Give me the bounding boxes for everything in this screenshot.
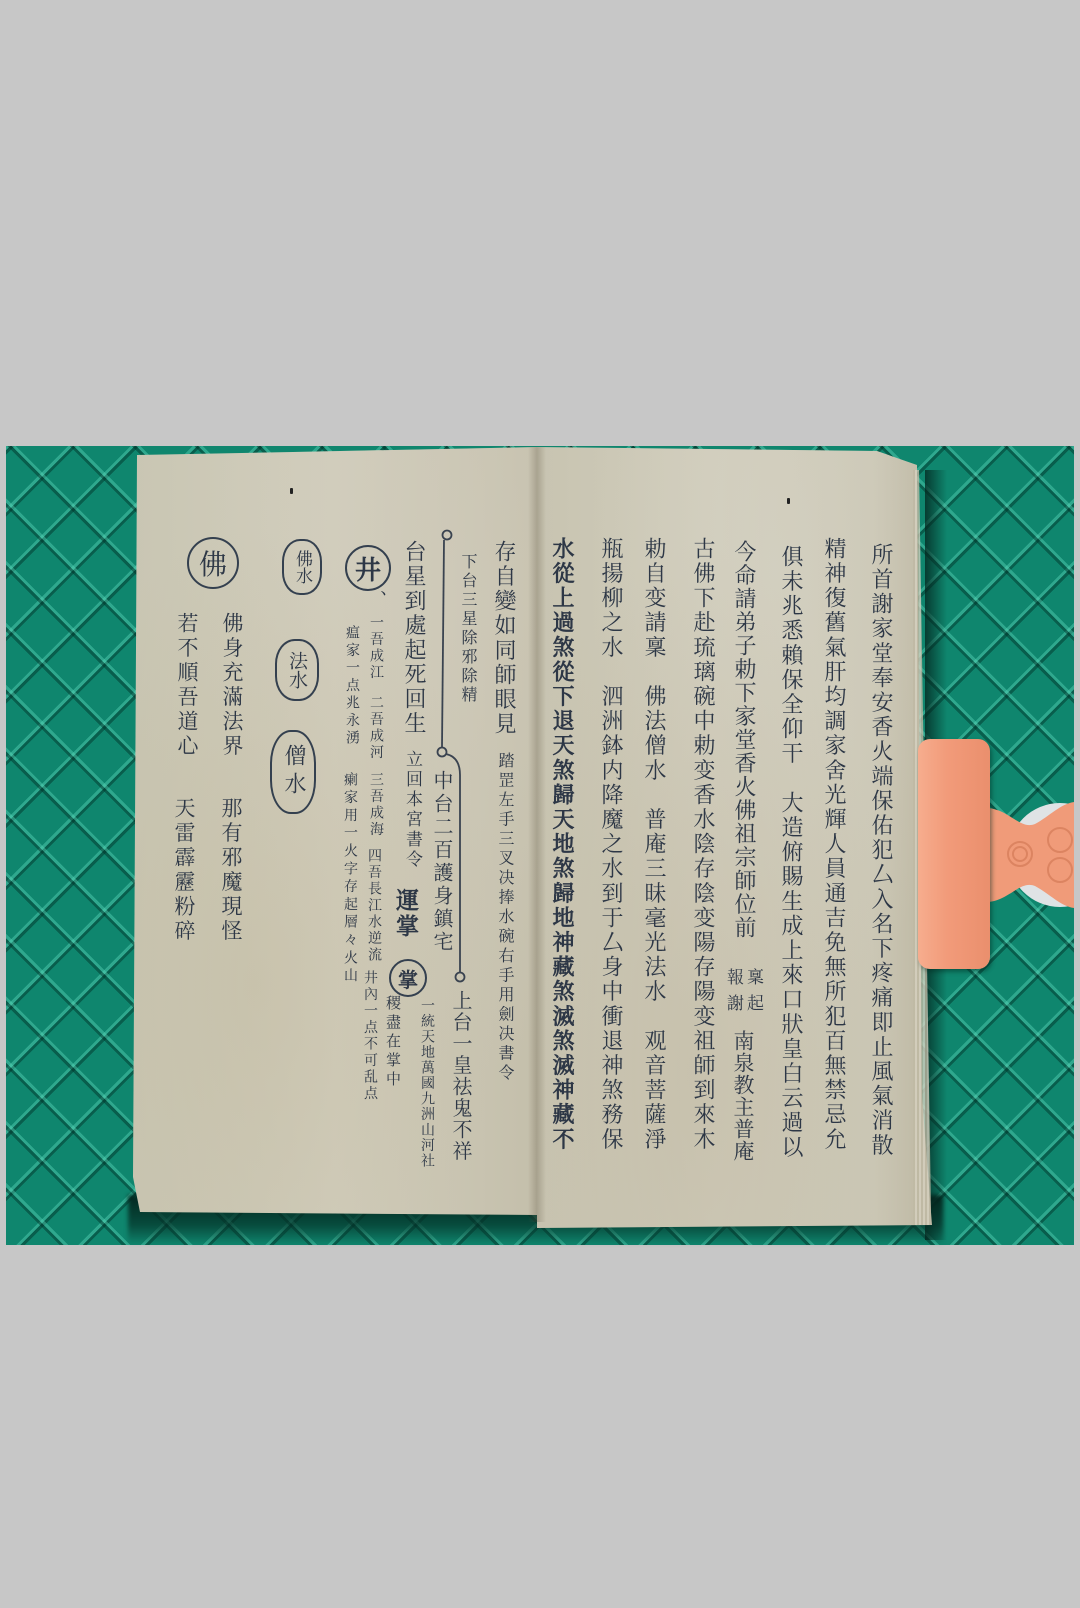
palm-mark: 運掌	[392, 888, 418, 940]
mirror-note: 踏罡左手三叉决捧水碗右手用劍决書令	[496, 752, 514, 1084]
text-column: 水從上過煞從下退天煞歸天地煞歸地神藏煞滅煞滅神藏不	[550, 537, 574, 1152]
verse-line: 天雷霹靂粉碎	[173, 797, 195, 944]
binder-clip	[918, 739, 990, 969]
star-column-line: 台星到處起死回生	[401, 540, 425, 736]
buddha-seal-icon: 佛	[187, 537, 239, 589]
text-column: 勅自变請稟 佛法僧水 普庵三昧毫光法水 观音菩薩淨	[641, 537, 665, 1152]
well-line: 三吾成海	[368, 772, 384, 838]
well-line: 瘟家一点兆永湧	[344, 625, 360, 748]
verse-line: 佛身充滿法界	[221, 612, 243, 759]
verse-line: 那有邪魔現怪	[220, 797, 242, 944]
ink-spot	[787, 498, 790, 504]
interlinear-note: 稟起	[744, 968, 762, 1020]
mirror-line: 存自變如同師眼見	[491, 540, 515, 737]
star-column-note: 立回本宮書令	[402, 750, 421, 870]
palm-line: 一統天地萬國九洲山河社	[419, 998, 435, 1169]
ink-spot	[290, 488, 293, 494]
text-column: 今命請弟子勅下家堂香火佛祖宗師位前	[731, 540, 755, 940]
upper-star-line: 上台一皇祛鬼不祥	[450, 990, 472, 1162]
text-column: 古佛下赴琉璃碗中勅变香水陰存陰变陽存陽变祖師到來木	[690, 537, 714, 1152]
text-column: 精神復舊氣肝均調家舍光輝人員通吉免無所犯百無禁忌允	[821, 537, 845, 1152]
text-column: 俱未兆悉賴保全仰干 大造俯賜生成上來口狀皇白云過以	[778, 545, 802, 1160]
sangha-water-seal-icon: 僧水	[270, 730, 316, 814]
well-line: 四吾長江水逆流	[366, 848, 382, 964]
text-column: 瓶揚柳之水 泗洲鉢内降魔之水到于厶身中衝退神煞務保	[598, 537, 622, 1152]
clip-handle	[980, 790, 1074, 920]
well-line: 井內一点不可乱点	[362, 970, 378, 1102]
well-line: 二吾成河	[368, 695, 384, 761]
pause-mark: 、	[366, 590, 386, 608]
well-seal-icon: 井	[345, 545, 391, 591]
verse-line: 若不順吾道心	[176, 612, 198, 759]
text-column: 所首謝家堂奉安香火端保佑犯厶入名下疼痛即止風氣消散	[868, 543, 892, 1158]
lower-star-line: 下台三星除邪除精	[459, 553, 477, 705]
palm-seal-icon: 掌	[389, 959, 427, 997]
dharma-water-seal-icon: 法水	[275, 639, 319, 701]
palm-line: 稷盡在掌中	[384, 995, 401, 1090]
buddha-water-seal-icon: 佛水	[282, 539, 322, 595]
middle-star-line: 中台二百護身鎮宅	[431, 770, 453, 954]
text-column-tail: 南泉教主普庵	[731, 1030, 755, 1162]
well-line: 一吾成江	[368, 615, 384, 681]
book-fold	[528, 447, 546, 1222]
well-line: 瘌家用一火字存起層々火山	[342, 772, 358, 986]
interlinear-note: 報謝	[724, 968, 742, 1020]
